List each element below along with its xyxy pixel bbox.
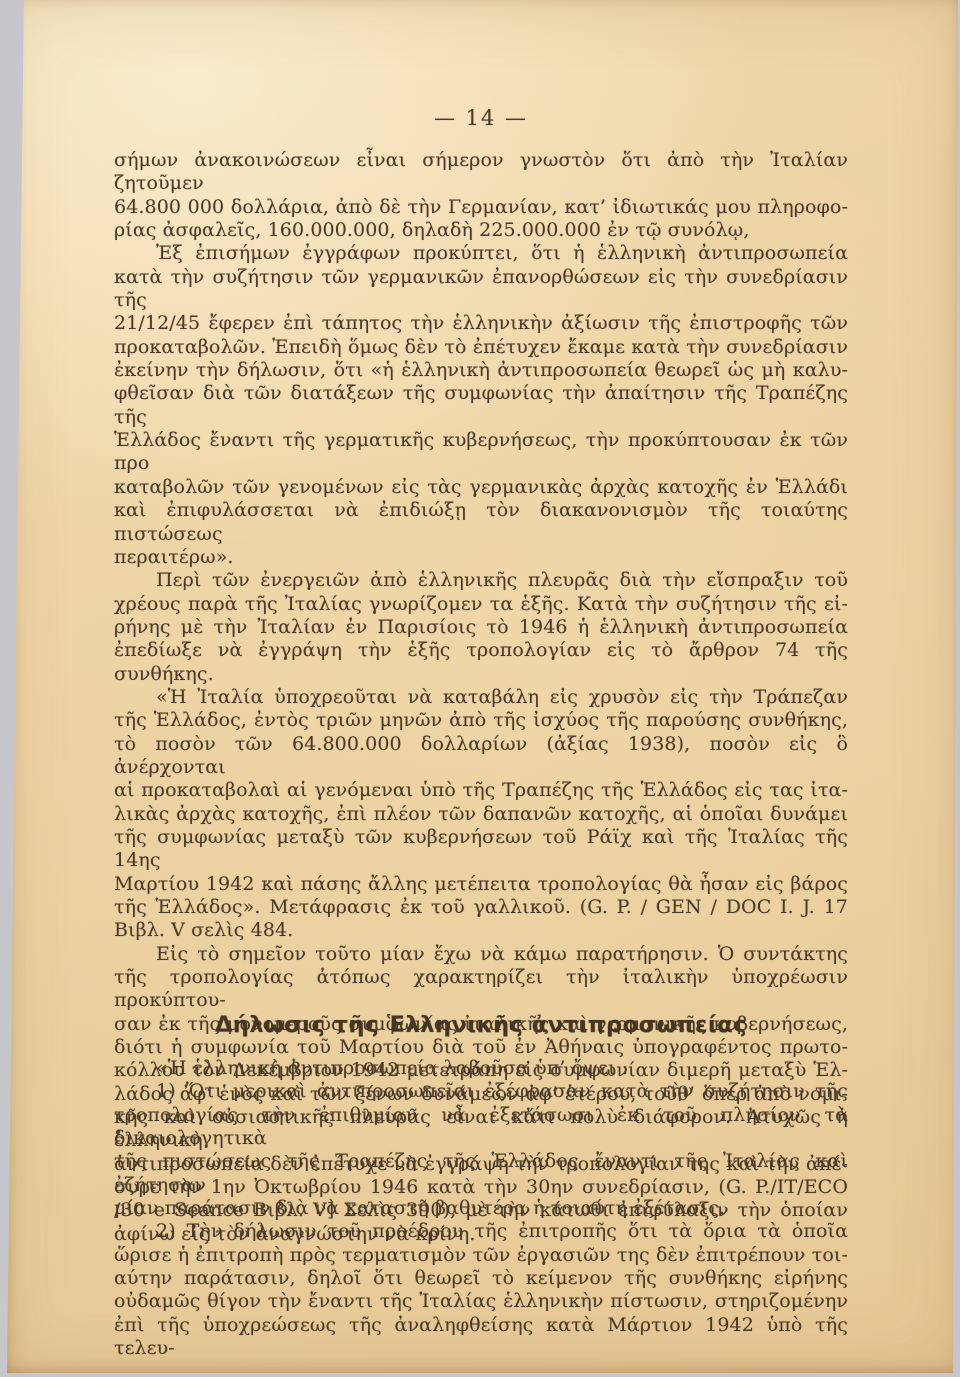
text-line: ἐπὶ τῆς ὑποχρεώσεως τῆς ἀναληφθείσης κατ…: [114, 1314, 848, 1361]
text-line: διότι ἡ συμφωνία τοῦ Μαρτίου διὰ τοῦ ἐν …: [114, 1036, 848, 1059]
text-line: χρέους παρὰ τῆς Ἰταλίας γνωρίζομεν τα ἑξ…: [114, 593, 848, 616]
text-line: προκαταβολῶν. Ἐπειδὴ ὅμως δὲν τὸ ἐπέτυχε…: [114, 336, 848, 359]
text-line: τῆς πιστώσεως τῆς Τραπέζης τῆς Ἑλλάδος ἔ…: [114, 1150, 848, 1197]
text-line: ἐπεδίωξε νὰ ἐγγράψη τὴν ἑξῆς τροπολογίαν…: [114, 639, 848, 686]
text-line: καταβολῶν τῶν γενομένων εἰς τὰς γερμανικ…: [114, 476, 848, 499]
text-line: Ἐξ ἐπισήμων ἐγγράφων προκύπτει, ὅτι ἡ ἑλ…: [114, 242, 848, 265]
text-line: κατὰ τὴν συζήτησιν τῶν γερμανικῶν ἐπανορ…: [114, 266, 848, 313]
page-number: — 14 —: [114, 106, 848, 130]
text-line: 2) Τὴν δήλωσιν τοῦ προέδρου τῆς ἐπιτροπῆ…: [114, 1220, 848, 1243]
text-line: περαιτέρω».: [114, 546, 848, 569]
text-line: τῆς Ἑλλάδος». Μετάφρασις ἐκ τοῦ γαλλικοῦ…: [114, 896, 848, 919]
text-line: Βιβλ. V σελὶς 484.: [114, 919, 848, 942]
text-line: 1) Ὅτι μερικαὶ ἀντιπροσωπεῖαι ἐξέφρασαν …: [114, 1080, 848, 1103]
text-line: 21/12/45 ἔφερεν ἐπὶ τάπητος τὴν ἑλληνικὴ…: [114, 312, 848, 335]
text-line: λικὰς ἀρχὰς κατοχῆς, ἐπὶ πλέον τῶν δαπαν…: [114, 803, 848, 826]
scanned-paper-page: — 14 — σήμων ἀνακοινώσεων εἶναι σήμερον …: [0, 0, 960, 1373]
text-line: Ἑλλάδος ἔναντι τῆς γερματικῆς κυβερνήσεω…: [114, 429, 848, 476]
text-line: ἐκείνην τὴν δήλωσιν, ὅτι «ἡ ἑλληνικὴ ἀντ…: [114, 359, 848, 382]
text-line: καὶ ἐπιφυλάσσεται νὰ ἐπιδιώξῃ τὸν διακαν…: [114, 499, 848, 546]
text-line: αἱ προκαταβολαὶ αἱ γενόμεναι ὑπὸ τῆς Τρα…: [114, 779, 848, 802]
declaration-text-column: «Ἡ ἑλληνικὴ ἀντιπροσωπεία λαβοῦσα ὑπ’ ὄψ…: [114, 1057, 848, 1360]
text-line: Μαρτίου 1942 καὶ πάσης ἄλλης μετέπειτα τ…: [114, 873, 848, 896]
text-line: τὸ ποσὸν τῶν 64.800.000 δολλαρίων (ἀξίας…: [114, 733, 848, 780]
text-line: Εἰς τὸ σημεῖον τοῦτο μίαν ἔχω νὰ κάμω πα…: [114, 943, 848, 966]
text-line: αύτην παράτασιν, δηλοῖ ὅτι θεωρεῖ τὸ κεί…: [114, 1267, 848, 1290]
text-line: τῆς συμφωνίας μεταξὺ τῶν κυβερνήσεων τοῦ…: [114, 826, 848, 873]
text-line: μίαν παράτασιν διὰ νὰ καταστῆ βαθυτέρα ἡ…: [114, 1197, 848, 1220]
text-line: τῆς Ἑλλάδος, ἐντὸς τριῶν μηνῶν ἀπὸ τῆς ἰ…: [114, 709, 848, 732]
text-line: ὥρισε ἡ ἐπιτροπὴ πρὸς τερματισμὸν τῶν ἐρ…: [114, 1244, 848, 1267]
text-line: οὐδαμῶς θίγον τὴν ἔναντι τῆς Ἰταλίας ἑλλ…: [114, 1290, 848, 1313]
section-heading: Δήλωσις τῆς Ἑλληνικῆς ἀντιπροσωπείας: [114, 1012, 848, 1038]
text-line: φθεῖσαν διὰ τῶν διατάξεων τῆς συμφωνίας …: [114, 382, 848, 429]
text-line: 64.800 000 δολλάρια, ἀπὸ δὲ τὴν Γερμανία…: [114, 196, 848, 219]
text-line: «Ἡ Ἰταλία ὑποχρεοῦται νὰ καταβάλη εἰς χρ…: [114, 686, 848, 709]
text-line: ρήνης μὲ τὴν Ἰταλίαν ἐν Παρισίοις τὸ 194…: [114, 616, 848, 639]
text-line: «Ἡ ἑλληνικὴ ἀντιπροσωπεία λαβοῦσα ὑπ’ ὄψ…: [114, 1057, 848, 1080]
text-line: τροπολογίας τὴν ἐπιθυμίαν νὰ ἐξετάσωσι ἐ…: [114, 1104, 848, 1151]
text-line: ρίας ἀσφαλεῖς, 160.000.000, δηλαδὴ 225.0…: [114, 219, 848, 242]
text-line: σήμων ἀνακοινώσεων εἶναι σήμερον γνωστὸν…: [114, 149, 848, 196]
text-line: τῆς τροπολογίας ἀτόπως χαρακτηρίζει τὴν …: [114, 966, 848, 1013]
text-line: Περὶ τῶν ἐνεργειῶν ἀπὸ ἑλληνικῆς πλευρᾶς…: [114, 569, 848, 592]
